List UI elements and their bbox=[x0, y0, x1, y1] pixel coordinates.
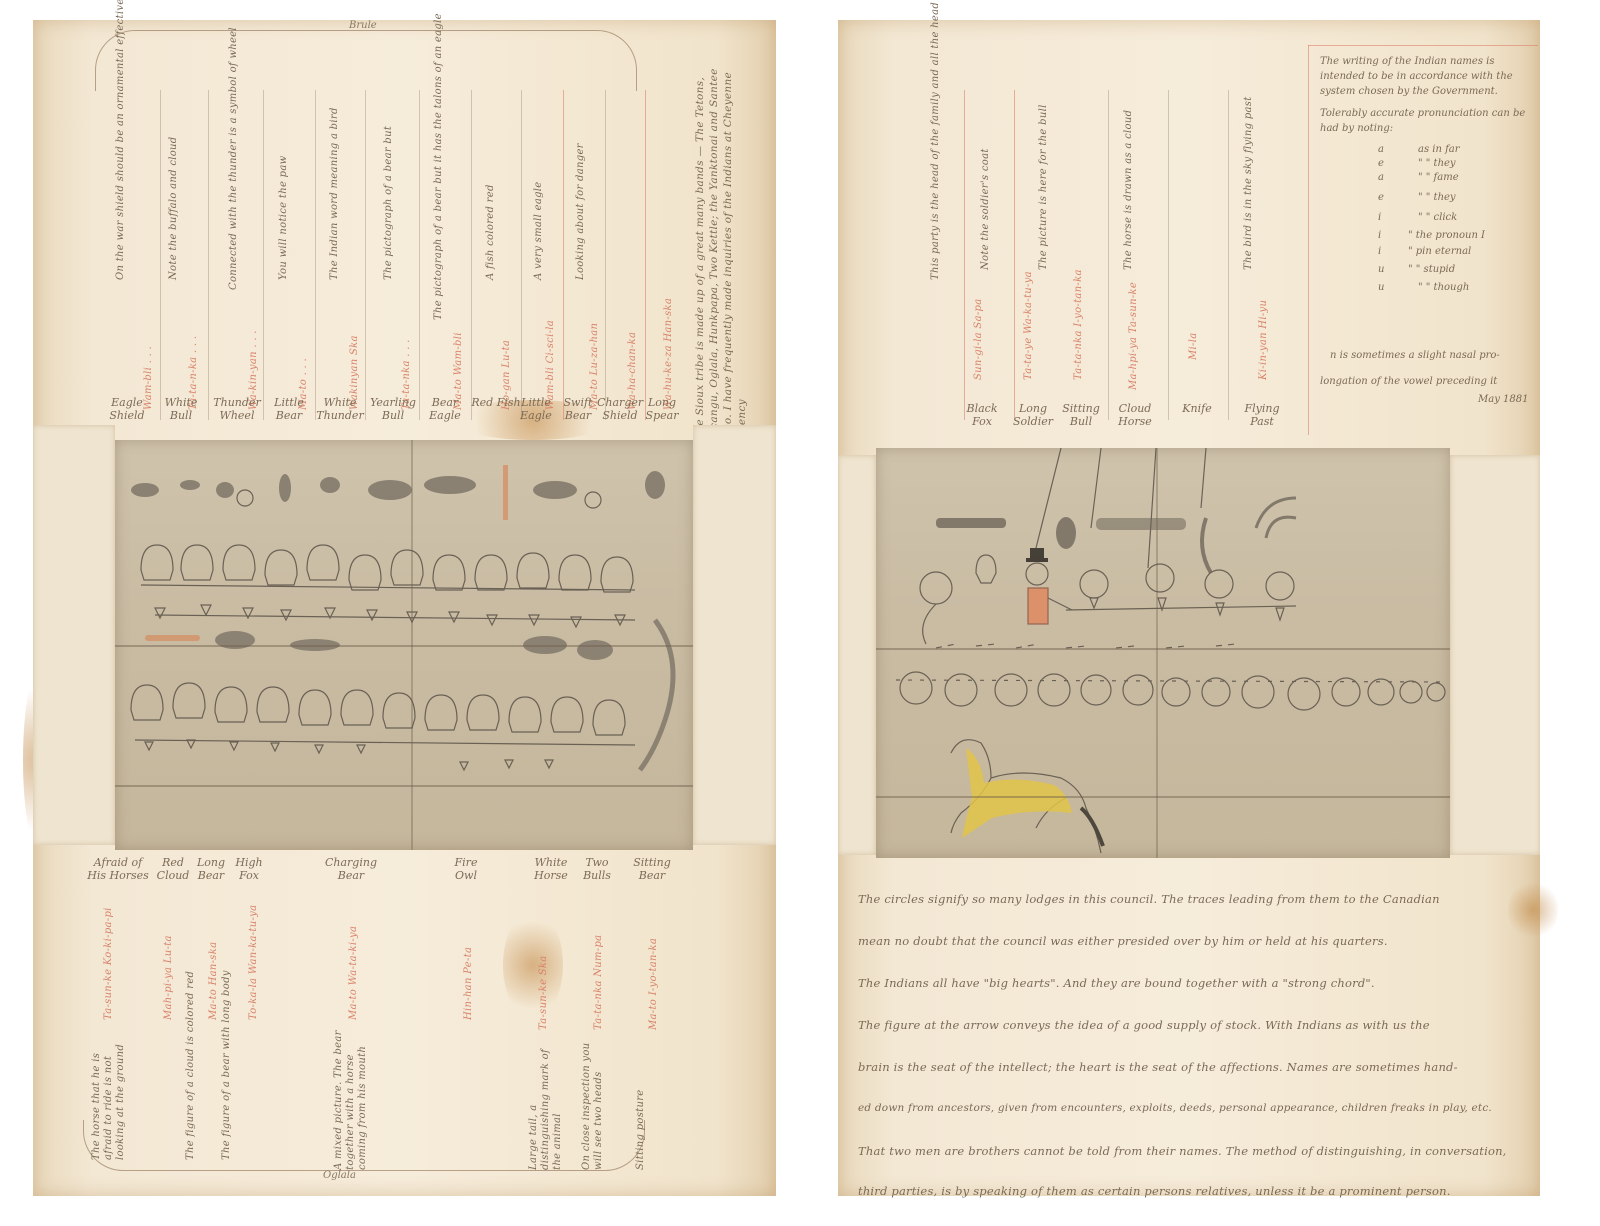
key-intro: The writing of the Indian names is inten… bbox=[1320, 54, 1530, 99]
prose-line: brain is the seat of the intellect; the … bbox=[858, 1060, 1458, 1074]
name-glyph-animals bbox=[936, 498, 1296, 573]
oglala-bracket bbox=[83, 1120, 645, 1171]
person-name-label: Sitting Bear bbox=[627, 856, 677, 882]
key-intro-2: Tolerably accurate pronunciation can be … bbox=[1320, 106, 1530, 136]
person-name-label: Bear Eagle bbox=[419, 396, 471, 422]
person-name-label: Knife bbox=[1172, 402, 1222, 415]
mount-tab-right bbox=[693, 425, 776, 845]
lakota-name: Sun-gi-la Sa-pa bbox=[973, 270, 985, 380]
lakota-name: Ma-to Han-ska bbox=[208, 920, 220, 1020]
person-name-label: Cloud Horse bbox=[1110, 402, 1160, 428]
lakota-name: Ta-sun-ke Ska bbox=[538, 920, 550, 1030]
lakota-name: Ma-to Wa-ta-ki-ya bbox=[348, 920, 360, 1020]
description-column: A very small eagle bbox=[533, 100, 545, 280]
lakota-name: Ma-hpi-ya Ta-sun-ke bbox=[1128, 280, 1140, 390]
lakota-name: Ta-ta-n-ka . . . bbox=[188, 300, 200, 410]
description-column: The picture is here for the bull bbox=[1038, 170, 1050, 270]
person-name-label: Red Cloud bbox=[151, 856, 195, 882]
person-name-label: Little Eagle bbox=[513, 396, 559, 422]
person-name-label: Little Bear bbox=[263, 396, 315, 422]
description-column: The horse is drawn as a cloud bbox=[1123, 170, 1135, 270]
person-name-label: Yearling Bull bbox=[367, 396, 419, 422]
tribe-label-bottom: Oglala bbox=[323, 1170, 356, 1181]
margin-note: The Sioux tribe is made up of a great ma… bbox=[693, 40, 763, 440]
person-name-label: White Horse bbox=[528, 856, 574, 882]
lakota-name: Ma-to . . . bbox=[298, 300, 310, 410]
description-column: The bird is in the sky flying past bbox=[1243, 170, 1255, 270]
person-name-label: Black Fox bbox=[958, 402, 1006, 428]
person-name-label: Long Soldier bbox=[1008, 402, 1058, 428]
mount-tab-left bbox=[33, 425, 115, 845]
ledger-page-right: This party is the head of the family and… bbox=[838, 20, 1540, 1196]
prose-line: third parties, is by speaking of them as… bbox=[858, 1184, 1451, 1198]
prose-line: The Indians all have "big hearts". And t… bbox=[858, 976, 1375, 990]
person-name-label: Long Spear bbox=[637, 396, 687, 422]
description-column: Looking about for danger bbox=[575, 100, 587, 280]
prose-line: mean no doubt that the council was eithe… bbox=[858, 934, 1388, 948]
lakota-name: Mi-la bbox=[1188, 300, 1200, 360]
key-footnote: n is sometimes a slight nasal pro- bbox=[1330, 350, 1500, 361]
lakota-name: Wa-kin-yan . . . bbox=[248, 300, 260, 410]
description-column: Note the soldier's coat bbox=[980, 170, 992, 270]
description-column: The Indian word meaning a bird bbox=[329, 80, 341, 280]
lakota-name: Wam-bli . . . bbox=[143, 300, 155, 410]
lakota-name: Wa-ha-chan-ka bbox=[627, 300, 639, 410]
key-signature: May 1881 bbox=[1478, 394, 1528, 405]
person-name-label: Two Bulls bbox=[577, 856, 617, 882]
lakota-name: Hin-han Pe-ta bbox=[463, 920, 475, 1020]
person-name-label: White Bull bbox=[155, 396, 207, 422]
description-column: Note the buffalo and cloud bbox=[168, 80, 180, 280]
person-name-label: Charging Bear bbox=[323, 856, 379, 882]
person-name-label: Fire Owl bbox=[443, 856, 489, 882]
lakota-name: Mah-pi-ya Lu-ta bbox=[163, 920, 175, 1020]
lakota-name: To-ka-la Wan-ka-tu-ya bbox=[248, 920, 260, 1020]
person-name-label: Flying Past bbox=[1234, 402, 1290, 428]
lakota-name: Wakinyan Ska bbox=[349, 300, 361, 410]
person-name-label: Afraid of His Horses bbox=[83, 856, 153, 882]
orange-coat bbox=[1028, 588, 1048, 624]
person-name-label: High Fox bbox=[229, 856, 269, 882]
prose-line: The circles signify so many lodges in th… bbox=[858, 892, 1440, 906]
lakota-name: Ta-ta-ye Wa-ka-tu-ya bbox=[1023, 250, 1035, 380]
description-column: A fish colored red bbox=[485, 100, 497, 280]
description-column: The pictograph of a bear but bbox=[383, 80, 395, 280]
prose-line: That two men are brothers cannot be told… bbox=[858, 1144, 1507, 1158]
water-stain bbox=[1508, 880, 1558, 940]
mount-tab-left bbox=[838, 455, 876, 855]
lakota-name: Ta-ta-nka . . . bbox=[401, 300, 413, 410]
figure-row-upper bbox=[141, 545, 635, 627]
lodge-circles bbox=[896, 672, 1446, 710]
tribe-label-top: Brule bbox=[349, 20, 377, 31]
lakota-name: Ta-ta-nka I-yo-tan-ka bbox=[1073, 260, 1085, 380]
mount-tab-right bbox=[1450, 455, 1540, 855]
description-column: You will notice the paw bbox=[278, 80, 290, 280]
lakota-name: Ma-to Lu-za-han bbox=[589, 310, 601, 410]
description-column: Connected with the thunder is a symbol o… bbox=[228, 80, 240, 290]
description-column: This party is the head of the family and… bbox=[930, 170, 942, 280]
figure-row-lower bbox=[131, 683, 635, 770]
person-name-label: White Thunder bbox=[314, 396, 366, 422]
prose-line: ed down from ancestors, given from encou… bbox=[858, 1102, 1492, 1114]
person-name-label: Sitting Bull bbox=[1056, 402, 1106, 428]
lakota-name: Wa-hu-ke-za Han-ska bbox=[663, 290, 675, 410]
pictograph-panel bbox=[876, 448, 1450, 858]
lakota-name: Ta-sun-ke Ko-ki-pa-pi bbox=[103, 920, 115, 1020]
ledger-page-left: Brule On the war shield should be an orn… bbox=[33, 20, 776, 1196]
description-column: The pictograph of a bear but it has the … bbox=[433, 80, 445, 320]
lakota-name: Ta-ta-nka Num-pa bbox=[593, 920, 605, 1030]
lakota-name: Ki-in-yan Hi-yu bbox=[1258, 290, 1270, 380]
prose-line: The figure at the arrow conveys the idea… bbox=[858, 1018, 1430, 1032]
figure-row-council bbox=[920, 548, 1296, 648]
pictograph-panel bbox=[115, 440, 693, 850]
person-name-label: Eagle Shield bbox=[101, 396, 153, 422]
key-footnote: longation of the vowel preceding it bbox=[1320, 376, 1497, 387]
water-stain bbox=[503, 910, 563, 1020]
person-name-label: Long Bear bbox=[191, 856, 231, 882]
person-name-label: Swift Bear bbox=[555, 396, 601, 422]
description-column: On the war shield should be an ornamenta… bbox=[115, 80, 127, 280]
person-name-label: Thunder Wheel bbox=[211, 396, 263, 422]
lakota-name: Ma-to I-yo-tan-ka bbox=[648, 920, 660, 1030]
